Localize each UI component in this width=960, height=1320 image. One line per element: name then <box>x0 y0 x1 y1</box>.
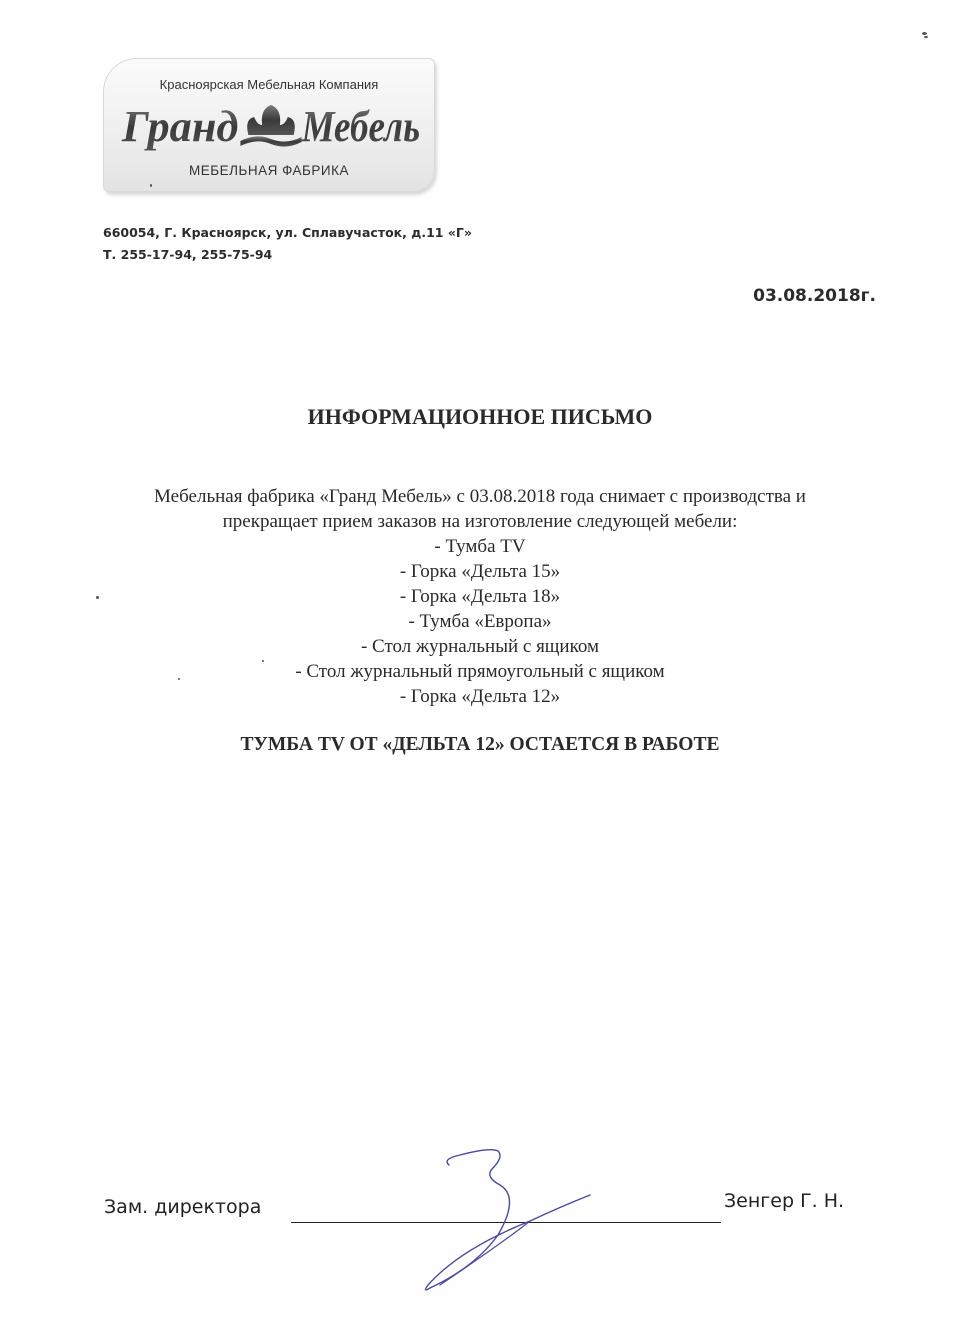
logo-company-line: Красноярская Мебельная Компания <box>104 77 434 92</box>
svg-text:Гранд: Гранд <box>121 103 238 151</box>
discontinued-item: - Стол журнальный прямоугольный с ящиком <box>60 659 900 684</box>
discontinued-item: - Тумба TV <box>60 534 900 559</box>
scan-speck <box>262 660 264 662</box>
intro-line: прекращает прием заказов на изготовление… <box>60 509 900 534</box>
scan-speck <box>178 678 180 680</box>
remaining-product-note: ТУМБА TV ОТ «ДЕЛЬТА 12» ОСТАЕТСЯ В РАБОТ… <box>0 734 960 756</box>
discontinued-item: - Тумба «Европа» <box>60 609 900 634</box>
intro-line: Мебельная фабрика «Гранд Мебель» с 03.08… <box>60 484 900 509</box>
letter-page: Красноярская Мебельная Компания Гранд Ме… <box>0 0 960 1320</box>
discontinued-item: - Горка «Дельта 15» <box>60 559 900 584</box>
crown-sofa-icon: Гранд Мебель <box>118 95 424 155</box>
discontinued-item: - Стол журнальный с ящиком <box>60 634 900 659</box>
letter-date: 03.08.2018г. <box>753 286 876 306</box>
scan-speck <box>150 184 152 187</box>
discontinued-item: - Горка «Дельта 12» <box>60 684 900 709</box>
company-address-block: 660054, Г. Красноярск, ул. Сплавучасток,… <box>103 222 472 266</box>
logo-subtitle: МЕБЕЛЬНАЯ ФАБРИКА <box>104 163 434 178</box>
logo-brand-wordmark: Гранд Мебель <box>118 95 424 155</box>
letter-body: Мебельная фабрика «Гранд Мебель» с 03.08… <box>60 484 900 709</box>
scan-speck <box>922 32 927 35</box>
scan-speck <box>924 36 928 38</box>
handwritten-signature-icon <box>380 1145 640 1295</box>
company-address: 660054, Г. Красноярск, ул. Сплавучасток,… <box>103 222 472 244</box>
letter-title: ИНФОРМАЦИОННОЕ ПИСЬМО <box>0 404 960 430</box>
scan-speck <box>96 596 99 599</box>
company-phone: Т. 255-17-94, 255-75-94 <box>103 244 472 266</box>
signatory-role: Зам. директора <box>104 1196 261 1218</box>
company-logo: Красноярская Мебельная Компания Гранд Ме… <box>103 58 435 192</box>
signatory-name: Зенгер Г. Н. <box>724 1190 844 1212</box>
discontinued-item: - Горка «Дельта 18» <box>60 584 900 609</box>
svg-text:Мебель: Мебель <box>301 103 420 151</box>
